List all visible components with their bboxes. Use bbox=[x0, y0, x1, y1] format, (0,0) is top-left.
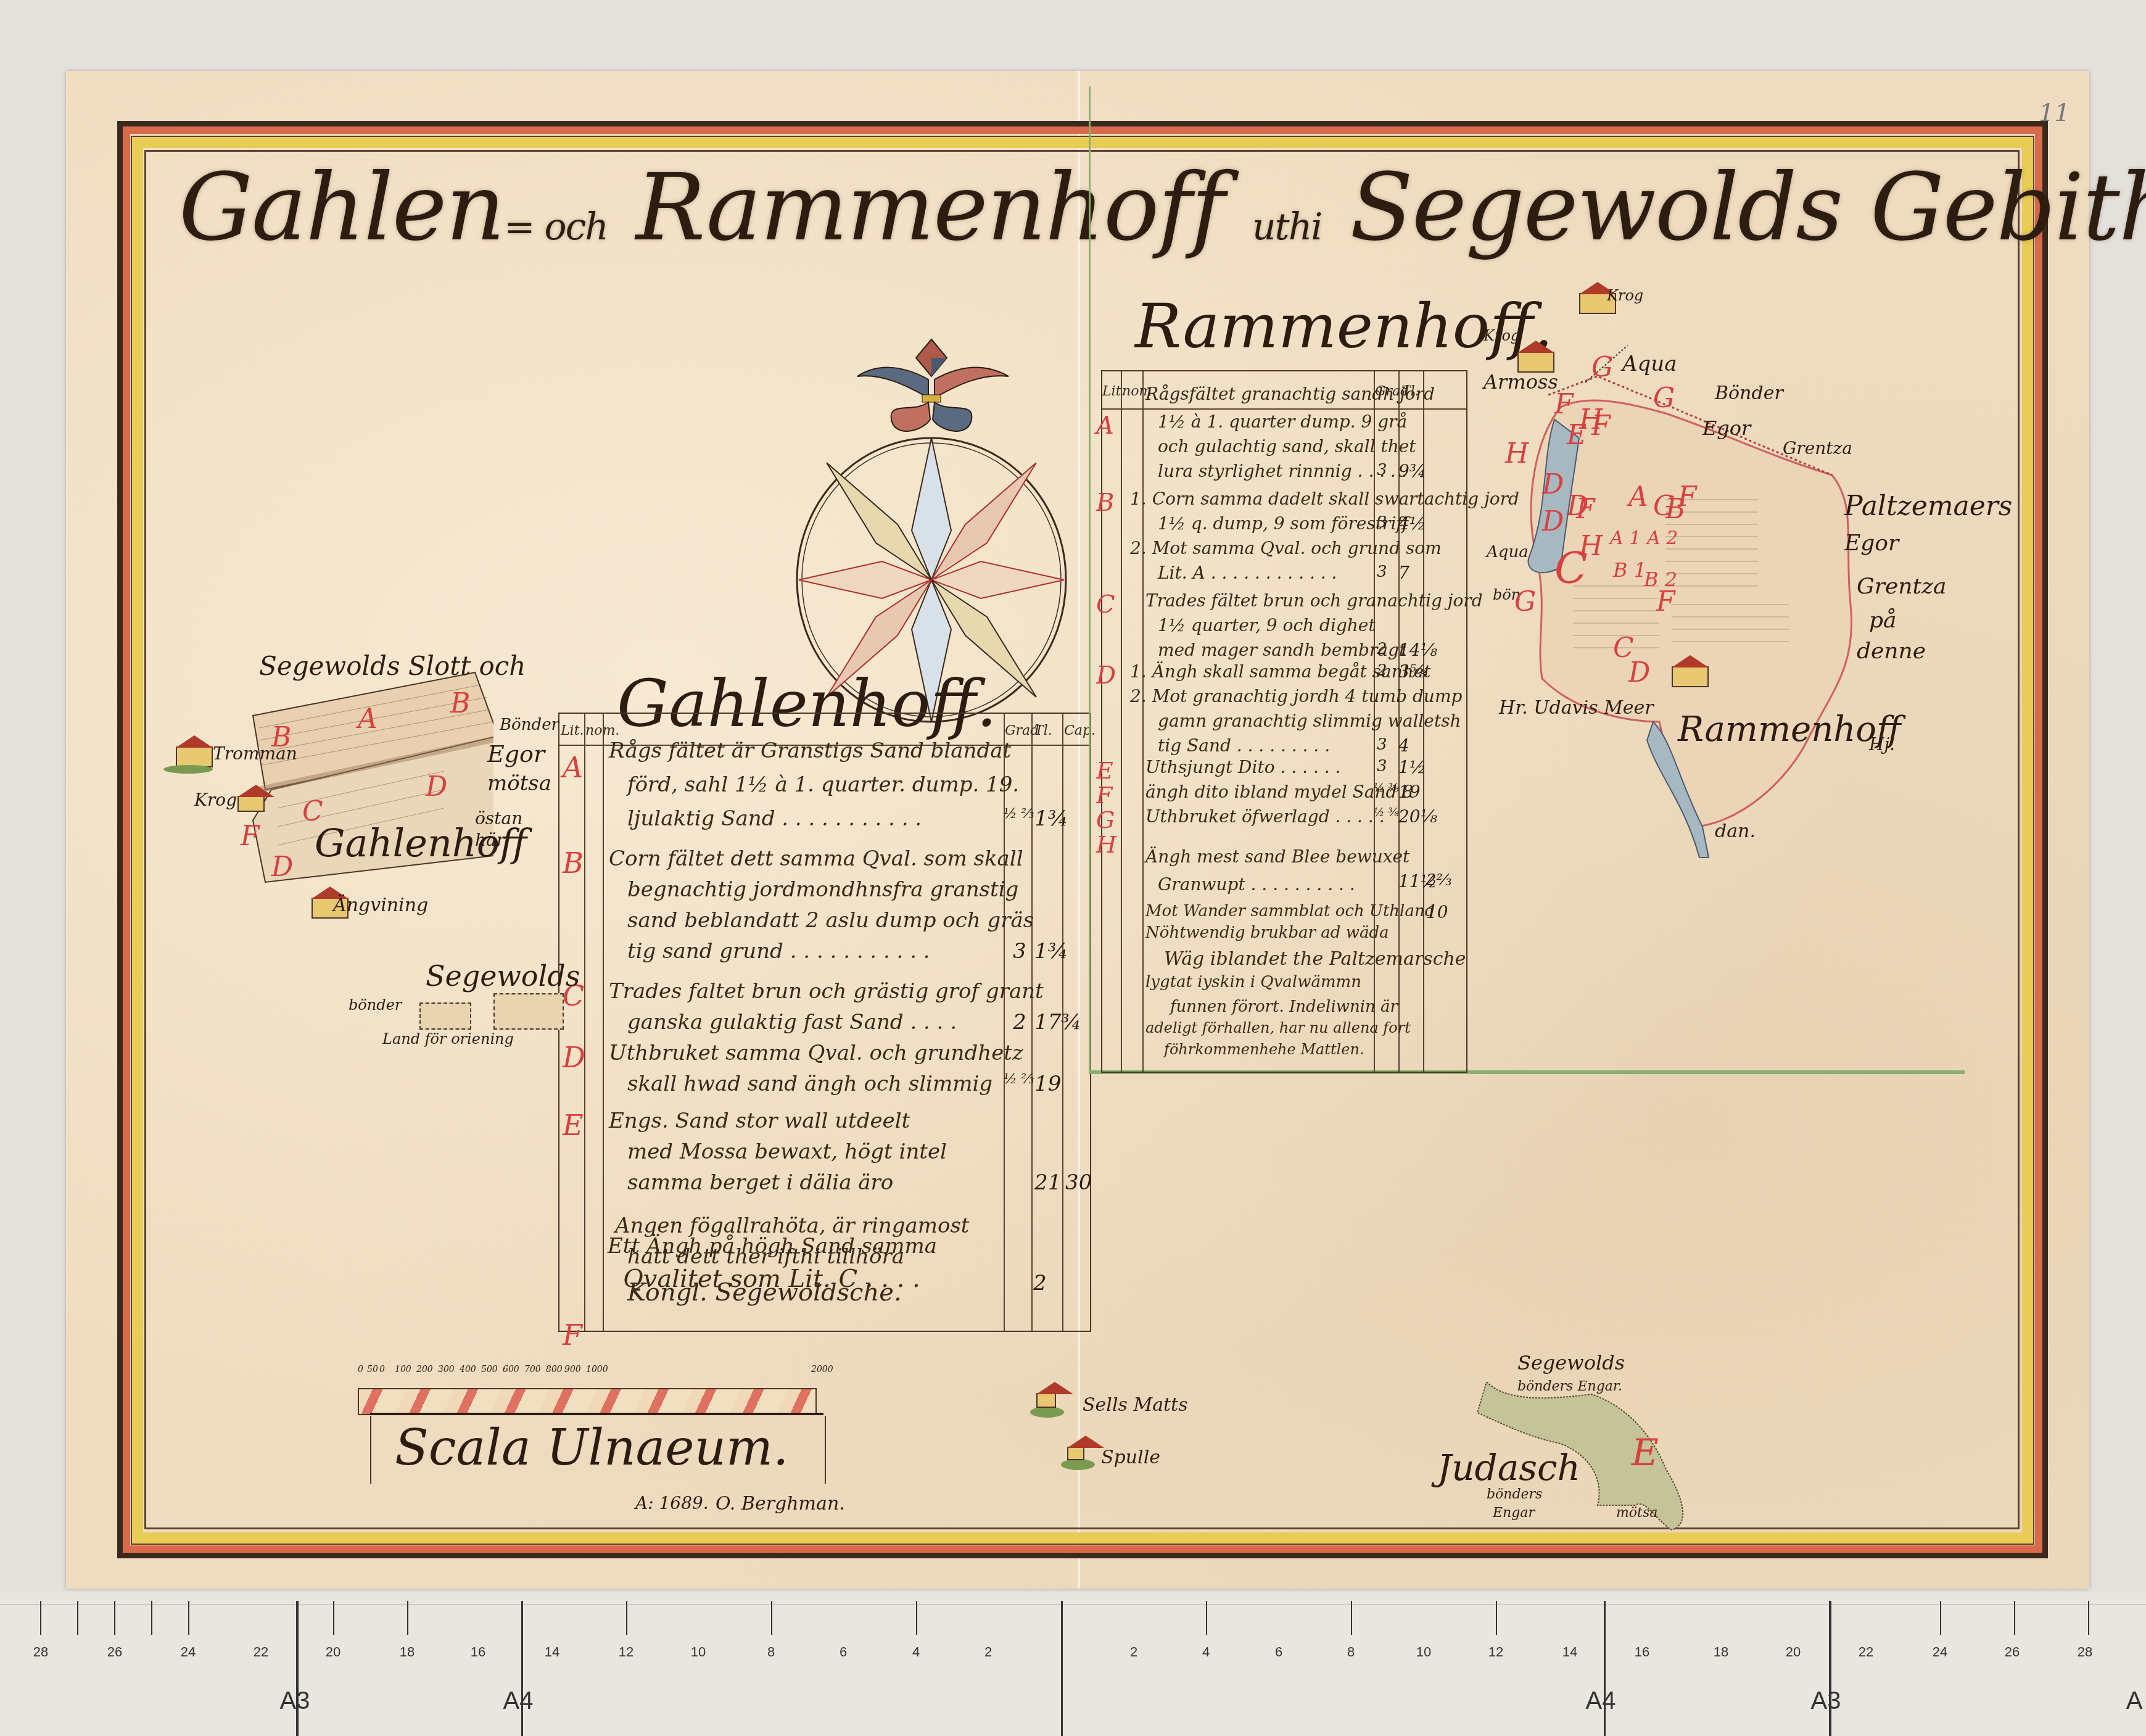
map-author: O. Berghman. bbox=[716, 1493, 845, 1515]
label-tromman: Tromman bbox=[213, 743, 297, 764]
farmhouse-icon bbox=[176, 746, 213, 767]
table-row: ängh dito ibland mydel Sand 8 bbox=[1145, 782, 1413, 802]
table-row: 2. Mot granachtig jordh 4 tumb dump bbox=[1130, 686, 1462, 706]
title-rammenhoff: Rammenhoff bbox=[636, 154, 1224, 262]
field-label: D bbox=[271, 851, 293, 883]
label-judasch: Judasch bbox=[1437, 1447, 1580, 1489]
table-frame-green-left bbox=[1089, 86, 1091, 1073]
label-sells-matts: Sells Matts bbox=[1083, 1394, 1188, 1416]
format-mark: A bbox=[2126, 1687, 2143, 1715]
scale-ruler-bar bbox=[358, 1388, 817, 1415]
krog-house-icon bbox=[1517, 352, 1554, 373]
table-row: Rågsfältet granachtig sandh jord bbox=[1145, 384, 1435, 404]
field-label: A bbox=[358, 703, 378, 735]
row-letter: A bbox=[563, 751, 583, 784]
rammenhoff-heading: Rammenhoff. bbox=[1135, 290, 1553, 362]
table-row: Rågs fältet är Granstigs Sand blandat bbox=[609, 738, 1011, 763]
field-label: F bbox=[241, 820, 260, 852]
manor-house-icon bbox=[1672, 666, 1709, 687]
label-angvining: Ängvining bbox=[333, 895, 428, 916]
table-row: Uthbruket öfwerlagd . . . . . bbox=[1145, 806, 1385, 827]
format-mark: A4 bbox=[1586, 1687, 1616, 1715]
table-row: Ett Ängh på högh Sand samma bbox=[608, 1234, 937, 1259]
farmhouse-icon bbox=[1036, 1393, 1056, 1408]
label-spulle: Spulle bbox=[1101, 1447, 1160, 1468]
page-number: 11 bbox=[2039, 99, 2070, 127]
row-letter: E bbox=[563, 1109, 584, 1142]
table-row: Uthsjungt Dito . . . . . . bbox=[1145, 757, 1340, 777]
format-mark: A3 bbox=[1811, 1687, 1841, 1715]
table-row: Uthbruket samma Qval. och grundhetz bbox=[609, 1041, 1023, 1065]
row-letter: F bbox=[563, 1318, 582, 1352]
table-row: 1. Corn samma dadelt skall swartachtig j… bbox=[1130, 489, 1519, 509]
table-row: Trades fältet brun och granachtig jord bbox=[1145, 590, 1483, 611]
field-label: D bbox=[426, 771, 447, 803]
field-label: B bbox=[450, 688, 470, 719]
map-date: A: 1689. bbox=[635, 1493, 709, 1513]
format-mark: A4 bbox=[503, 1687, 534, 1715]
label-segewolds: Segewolds bbox=[426, 959, 580, 993]
farmhouse-icon bbox=[1067, 1447, 1084, 1460]
label-segewolds-slott: Segewolds Slott och bbox=[259, 651, 526, 681]
table-row: Mot Wander sammblat och Uthland bbox=[1145, 902, 1435, 920]
table-row: Corn fältet dett samma Qval. som skall bbox=[609, 846, 1023, 871]
map-title: Gahlen= och Rammenhoff uthi Segewolds Ge… bbox=[179, 154, 2146, 262]
table-row: Engs. Sand stor wall utdeelt bbox=[609, 1109, 910, 1133]
row-letter: B bbox=[563, 846, 584, 880]
rammenhoff-table: Lit. nom. Grad Tl. A Rågsfältet granacht… bbox=[1101, 370, 1467, 1073]
segewolds-plot bbox=[419, 1002, 471, 1030]
title-segewolds: Segewolds bbox=[1350, 154, 1842, 262]
segewolds-plot bbox=[493, 993, 564, 1030]
fleur-de-lis-icon bbox=[857, 339, 1009, 431]
format-mark: A3 bbox=[280, 1687, 310, 1715]
label-rammenhoff: Rammenhoff bbox=[1678, 709, 1901, 750]
label-krog: Krog bbox=[194, 790, 237, 810]
table-row: 2. Mot samma Qval. och grund som bbox=[1130, 538, 1442, 558]
krog-house-icon bbox=[237, 796, 265, 812]
table-row: Trades faltet brun och grästig grof gran… bbox=[609, 979, 1044, 1004]
title-gahlen: Gahlen bbox=[179, 154, 504, 262]
table-row: Ängh mest sand Blee bewuxet bbox=[1145, 846, 1409, 867]
row-letter: D bbox=[563, 1041, 585, 1074]
scale-label: Scala Ulnaeum. bbox=[395, 1419, 788, 1476]
